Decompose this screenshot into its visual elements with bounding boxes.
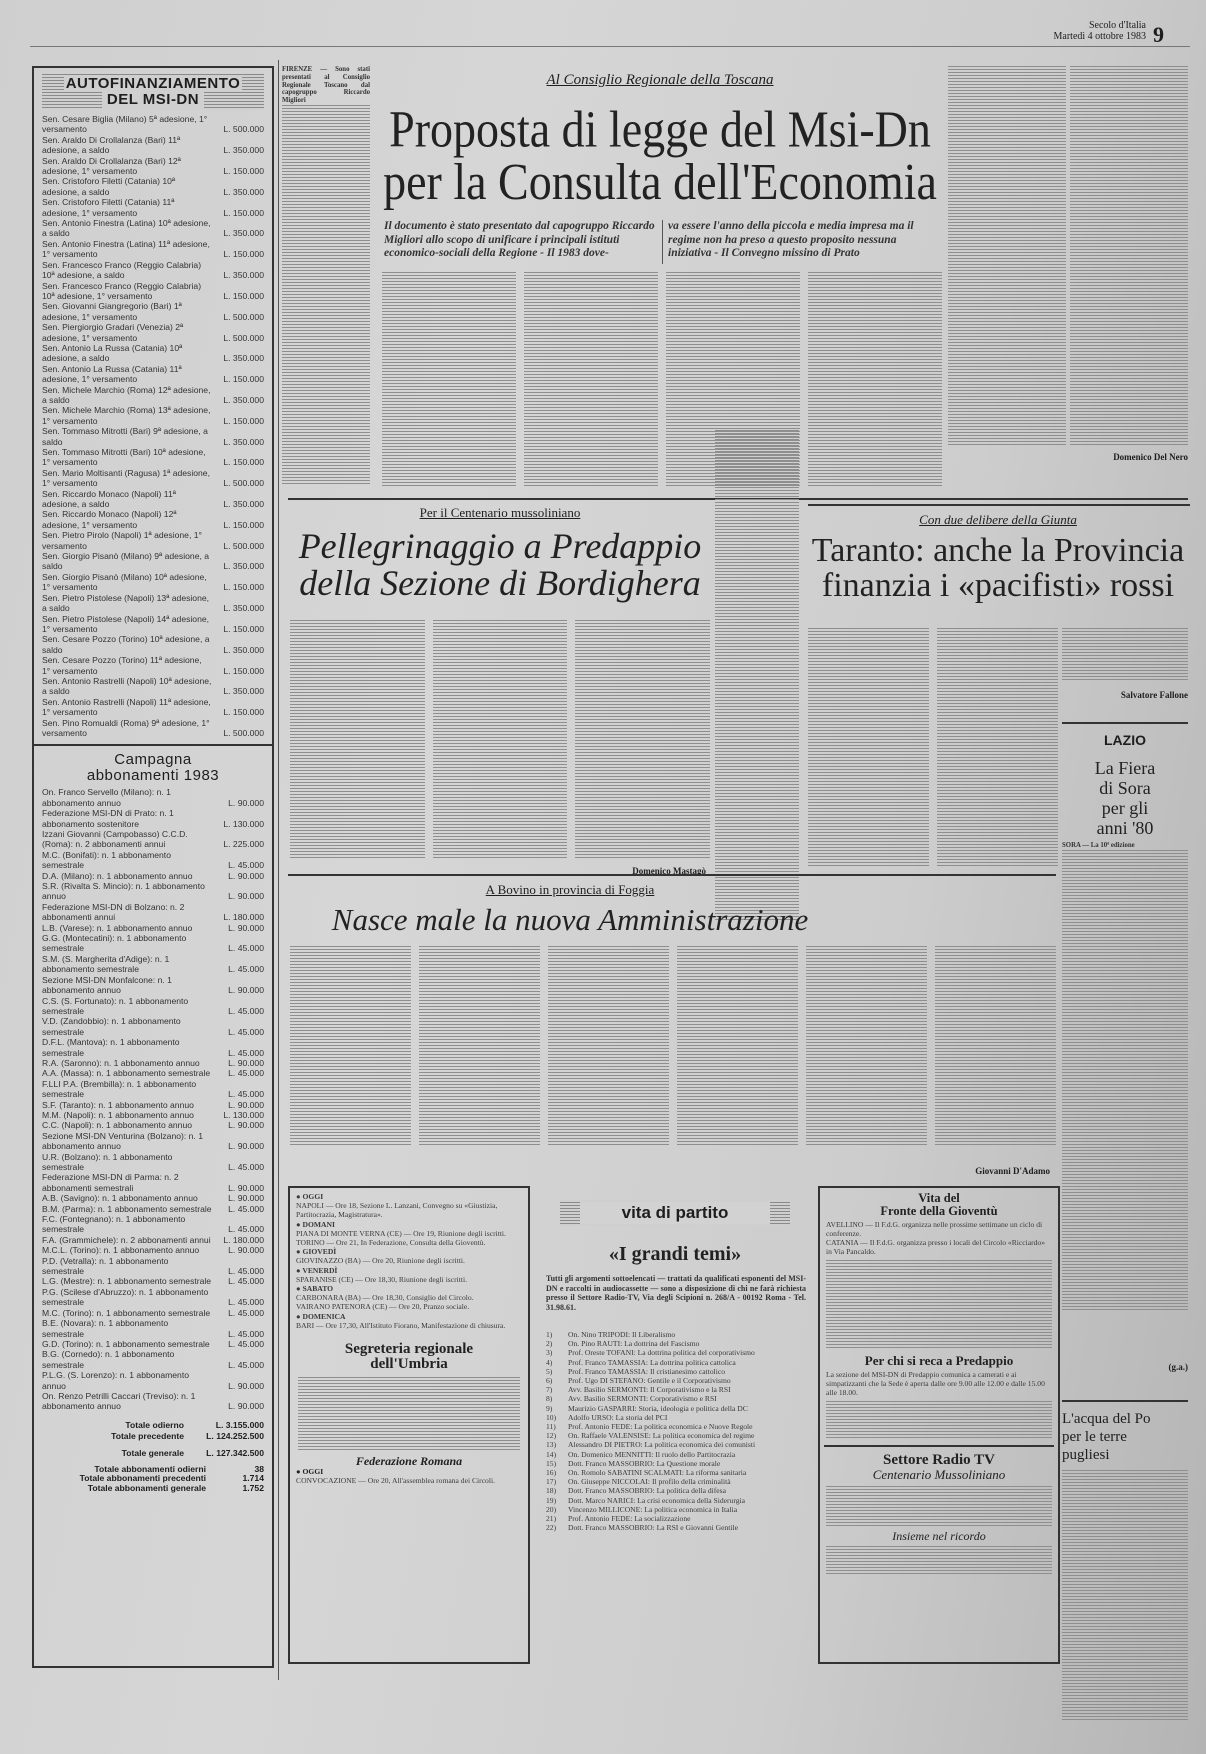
list-item: Sen. Antonio La Russa (Catania) 10ª ades… bbox=[42, 343, 264, 364]
topic-number: 17) bbox=[546, 1477, 568, 1486]
fronte-title-2: Fronte della Gioventù bbox=[820, 1205, 1058, 1218]
topic-item: 21)Prof. Antonio FEDE: La socializzazion… bbox=[546, 1514, 808, 1523]
entry-text: S.R. (Rivalta S. Mincio): n. 1 abbonamen… bbox=[42, 881, 212, 902]
entry-text: F.LLI P.A. (Brembilla): n. 1 abbonamento… bbox=[42, 1079, 212, 1100]
lazio-headline-line: di Sora bbox=[1062, 778, 1188, 798]
entry-text: Sen. Michele Marchio (Roma) 13ª adesione… bbox=[42, 405, 212, 426]
entry-text: Sen. Francesco Franco (Reggio Calabria) … bbox=[42, 260, 212, 281]
article-text-placeholder bbox=[808, 628, 929, 868]
list-item: P.D. (Vetralla): n. 1 abbonamento semest… bbox=[42, 1256, 264, 1277]
agenda-day: ● GIOVEDÌ bbox=[296, 1247, 522, 1256]
list-item: Sen. Antonio Rastrelli (Napoli) 11ª ades… bbox=[42, 697, 264, 718]
topic-item: 19)Dott. Marco NARICI: La crisi economic… bbox=[546, 1496, 808, 1505]
lazio-body: SORA — La 10ª edizione bbox=[1062, 842, 1188, 1322]
topic-text: On. Romolo SABATINI SCALMATI: La riforma… bbox=[568, 1468, 746, 1477]
agenda-day: ● VENERDÌ bbox=[296, 1266, 522, 1275]
topic-item: 10)Adolfo URSO: La storia del PCI bbox=[546, 1413, 808, 1422]
top-rule bbox=[30, 46, 1190, 47]
article-text-placeholder bbox=[808, 272, 942, 487]
entry-text: Sen. Riccardo Monaco (Napoli) 12ª adesio… bbox=[42, 509, 212, 530]
article-text-placeholder bbox=[715, 430, 799, 920]
campagna-title-2: abbonamenti 1983 bbox=[34, 768, 272, 784]
entry-text: M.C. (Bonifati): n. 1 abbonamento semest… bbox=[42, 850, 212, 871]
topic-number: 11) bbox=[546, 1422, 568, 1431]
entry-text: On. Franco Servello (Milano): n. 1 abbon… bbox=[42, 787, 212, 808]
topic-text: On. Nino TRIPODI: Il Liberalismo bbox=[568, 1330, 675, 1339]
entry-text: Sen. Pietro Pirolo (Napoli) 1ª adesione,… bbox=[42, 530, 212, 551]
topic-number: 18) bbox=[546, 1486, 568, 1495]
entry-amount: L. 500.000 bbox=[214, 333, 264, 343]
list-item: Sezione MSI-DN Monfalcone: n. 1 abboname… bbox=[42, 975, 264, 996]
agenda-day-label: VENERDÌ bbox=[302, 1266, 337, 1275]
list-item: Sen. Riccardo Monaco (Napoli) 11ª adesio… bbox=[42, 489, 264, 510]
topic-text: On. Domenico MENNITTI: Il ruolo dello Pa… bbox=[568, 1450, 735, 1459]
list-item: Sen. Giorgio Pisanò (Milano) 9ª adesione… bbox=[42, 551, 264, 572]
subscription-total-value: 1.752 bbox=[220, 1484, 264, 1494]
agenda-day-label: DOMENICA bbox=[303, 1312, 346, 1321]
entry-amount: L. 350.000 bbox=[214, 270, 264, 280]
agenda-entry: GIOVINAZZO (BA) — Ore 20, Riunione degli… bbox=[296, 1256, 522, 1265]
list-item: Sen. Antonio Rastrelli (Napoli) 10ª ades… bbox=[42, 676, 264, 697]
article-text-placeholder bbox=[524, 272, 658, 487]
entry-text: Sen. Riccardo Monaco (Napoli) 11ª adesio… bbox=[42, 489, 212, 510]
topic-item: 2)On. Pino RAUTI: La dottrina del Fascis… bbox=[546, 1339, 808, 1348]
topic-text: Prof. Antonio FEDE: La politica economic… bbox=[568, 1422, 753, 1431]
total-label: Totale generale bbox=[122, 1448, 184, 1459]
agenda-day-label: SABATO bbox=[303, 1284, 334, 1293]
topic-text: Dott. Franco MASSOBRIO: La RSI e Giovann… bbox=[568, 1523, 738, 1532]
page-number: 9 bbox=[1153, 22, 1164, 48]
list-item: F.C. (Fontegnano): n. 1 abbonamento seme… bbox=[42, 1214, 264, 1235]
list-item: A.B. (Savigno): n. 1 abbonamento annuoL.… bbox=[42, 1193, 264, 1203]
list-item: Sen. Araldo Di Crollalanza (Bari) 11ª ad… bbox=[42, 135, 264, 156]
topic-item: 20)Vincenzo MILLICONE: La politica econo… bbox=[546, 1505, 808, 1514]
romana-day: OGGI bbox=[303, 1467, 324, 1476]
list-item: Federazione MSI-DN di Parma: n. 2 abbona… bbox=[42, 1172, 264, 1193]
newspaper-page: Secolo d'Italia Martedì 4 ottobre 1983 9… bbox=[0, 0, 1206, 1754]
agenda-entry: VAIRANO PATENORA (CE) — Ore 20, Pranzo s… bbox=[296, 1302, 522, 1311]
entry-text: C.C. (Napoli): n. 1 abbonamento annuo bbox=[42, 1120, 212, 1130]
predappio-kicker: Per il Centenario mussoliniano bbox=[290, 505, 710, 521]
autofin-title-1: AUTOFINANZIAMENTO bbox=[64, 76, 242, 92]
topic-text: Avv. Basilio SERMONTI: Corporativismo e … bbox=[568, 1394, 717, 1403]
section-rule bbox=[824, 1445, 1054, 1447]
entry-amount: L. 350.000 bbox=[214, 437, 264, 447]
issue-date: Martedì 4 ottobre 1983 bbox=[1054, 31, 1146, 42]
list-item: Sen. Pino Romualdi (Roma) 9ª adesione, 1… bbox=[42, 718, 264, 739]
entry-text: B.E. (Novara): n. 1 abbonamento semestra… bbox=[42, 1318, 212, 1339]
entry-amount: L. 150.000 bbox=[214, 666, 264, 676]
toscana-body bbox=[382, 272, 942, 487]
topic-number: 7) bbox=[546, 1385, 568, 1394]
list-item: V.D. (Zandobbio): n. 1 abbonamento semes… bbox=[42, 1016, 264, 1037]
topic-text: Vincenzo MILLICONE: La politica economic… bbox=[568, 1505, 737, 1514]
topic-item: 1)On. Nino TRIPODI: Il Liberalismo bbox=[546, 1330, 808, 1339]
total-row: Totale generaleL. 127.342.500 bbox=[42, 1448, 264, 1459]
agenda-day-label: DOMANI bbox=[303, 1220, 335, 1229]
entry-amount: L. 45.000 bbox=[214, 1308, 264, 1318]
entry-text: Sen. Antonio La Russa (Catania) 11ª ades… bbox=[42, 364, 212, 385]
umbria-title-1: Segreteria regionale bbox=[290, 1342, 528, 1357]
entry-text: Sen. Pietro Pistolese (Napoli) 13ª adesi… bbox=[42, 593, 212, 614]
topic-number: 22) bbox=[546, 1523, 568, 1532]
toscana-headline-1: Proposta di legge del Msi-Dn bbox=[380, 104, 940, 157]
entry-amount: L. 90.000 bbox=[214, 1245, 264, 1255]
lazio-byline: (g.a.) bbox=[1062, 1362, 1188, 1372]
entry-amount: L. 350.000 bbox=[214, 145, 264, 155]
list-item: Federazione MSI-DN di Bolzano: n. 2 abbo… bbox=[42, 902, 264, 923]
list-item: Sen. Francesco Franco (Reggio Calabria) … bbox=[42, 260, 264, 281]
topic-number: 15) bbox=[546, 1459, 568, 1468]
topic-item: 17)On. Giuseppe NICCOLAI: Il profilo del… bbox=[546, 1477, 808, 1486]
entry-text: S.F. (Taranto): n. 1 abbonamento annuo bbox=[42, 1100, 212, 1110]
topic-text: Dott. Marco NARICI: La crisi economica d… bbox=[568, 1496, 745, 1505]
list-item: P.L.G. (S. Lorenzo): n. 1 abbonamento an… bbox=[42, 1370, 264, 1391]
list-item: Sen. Piergiorgio Gradari (Venezia) 2ª ad… bbox=[42, 322, 264, 343]
entry-text: G.D. (Torino): n. 1 abbonamento semestra… bbox=[42, 1339, 212, 1349]
list-item: C.C. (Napoli): n. 1 abbonamento annuoL. … bbox=[42, 1120, 264, 1130]
list-item: On. Renzo Petrilli Caccari (Treviso): n.… bbox=[42, 1391, 264, 1412]
section-rule bbox=[1062, 722, 1188, 724]
fronte-entry: AVELLINO — Il F.d.G. organizza nelle pro… bbox=[826, 1220, 1052, 1238]
entry-text: Sen. Cristoforo Filetti (Catania) 10ª ad… bbox=[42, 176, 212, 197]
total-value: L. 124.252.500 bbox=[194, 1431, 264, 1442]
total-row: Totale odiernoL. 3.155.000 bbox=[42, 1420, 264, 1431]
list-item: Sen. Pietro Pistolese (Napoli) 14ª adesi… bbox=[42, 614, 264, 635]
entry-amount: L. 90.000 bbox=[214, 923, 264, 933]
agenda-day: ● SABATO bbox=[296, 1284, 522, 1293]
article-text-placeholder bbox=[433, 620, 568, 860]
agenda-entry: PIANA DI MONTE VERNA (CE) — Ore 19, Riun… bbox=[296, 1229, 522, 1238]
entry-text: A.B. (Savigno): n. 1 abbonamento annuo bbox=[42, 1193, 212, 1203]
list-item: Sen. Pietro Pistolese (Napoli) 13ª adesi… bbox=[42, 593, 264, 614]
entry-text: Sen. Antonio Finestra (Latina) 10ª adesi… bbox=[42, 218, 212, 239]
list-item: M.C. (Bonifati): n. 1 abbonamento semest… bbox=[42, 850, 264, 871]
subscription-totals: Totale abbonamenti odierni38Totale abbon… bbox=[34, 1459, 272, 1494]
list-item: B.G. (Cornedo): n. 1 abbonamento semestr… bbox=[42, 1349, 264, 1370]
umbria-title-2: dell'Umbria bbox=[290, 1357, 528, 1372]
entry-text: Federazione MSI-DN di Bolzano: n. 2 abbo… bbox=[42, 902, 212, 923]
list-item: Izzani Giovanni (Campobasso) C.C.D. (Rom… bbox=[42, 829, 264, 850]
entry-text: L.G. (Mestre): n. 1 abbonamento semestra… bbox=[42, 1276, 212, 1286]
entry-text: Sen. Cesare Pozzo (Torino) 10ª adesione,… bbox=[42, 634, 212, 655]
entry-text: C.S. (S. Fortunato): n. 1 abbonamento se… bbox=[42, 996, 212, 1017]
entry-amount: L. 150.000 bbox=[214, 208, 264, 218]
topic-item: 8)Avv. Basilio SERMONTI: Corporativismo … bbox=[546, 1394, 808, 1403]
topic-text: Prof. Franco TAMASSIA: Il cristianesimo … bbox=[568, 1367, 725, 1376]
subscription-total-row: Totale abbonamenti generale1.752 bbox=[42, 1484, 264, 1494]
radio-tv-subtitle: Centenario Mussoliniano bbox=[820, 1468, 1058, 1481]
topic-number: 1) bbox=[546, 1330, 568, 1339]
entry-amount: L. 90.000 bbox=[214, 985, 264, 995]
entry-amount: L. 45.000 bbox=[214, 1089, 264, 1099]
entry-amount: L. 90.000 bbox=[214, 1401, 264, 1411]
topic-number: 20) bbox=[546, 1505, 568, 1514]
list-item: Sezione MSI-DN Venturina (Bolzano): n. 1… bbox=[42, 1131, 264, 1152]
lazio-tag: LAZIO bbox=[1062, 732, 1188, 748]
entry-amount: L. 350.000 bbox=[214, 561, 264, 571]
vita-banner-label: vita di partito bbox=[580, 1202, 770, 1224]
bovino-body bbox=[290, 946, 1056, 1146]
grandi-temi-intro: Tutti gli argomenti sottoelencati — trat… bbox=[546, 1274, 806, 1312]
entry-text: Sen. Antonio Rastrelli (Napoli) 10ª ades… bbox=[42, 676, 212, 697]
topic-text: Prof. Franco TAMASSIA: La dottrina polit… bbox=[568, 1358, 736, 1367]
article-text-placeholder bbox=[1070, 66, 1188, 446]
romana-agenda: ● OGGI CONVOCAZIONE — Ore 20, All'assemb… bbox=[290, 1467, 528, 1485]
autofin-list: Sen. Cesare Biglia (Milano) 5ª adesione,… bbox=[34, 110, 272, 738]
topic-item: 5)Prof. Franco TAMASSIA: Il cristianesim… bbox=[546, 1367, 808, 1376]
topic-number: 12) bbox=[546, 1431, 568, 1440]
entry-text: Sen. Cesare Biglia (Milano) 5ª adesione,… bbox=[42, 114, 212, 135]
entry-amount: L. 180.000 bbox=[214, 1235, 264, 1245]
entry-text: Sen. Michele Marchio (Roma) 12ª adesione… bbox=[42, 385, 212, 406]
topic-item: 9)Maurizio GASPARRI: Storia, ideologia e… bbox=[546, 1404, 808, 1413]
entry-text: Sen. Araldo Di Crollalanza (Bari) 12ª ad… bbox=[42, 156, 212, 177]
bovino-headline: Nasce male la nuova Amministrazione bbox=[290, 904, 850, 936]
campagna-totals: Totale odiernoL. 3.155.000Totale precede… bbox=[34, 1412, 272, 1459]
article-text-placeholder bbox=[575, 620, 710, 860]
list-item: C.S. (S. Fortunato): n. 1 abbonamento se… bbox=[42, 996, 264, 1017]
fronte-list: AVELLINO — Il F.d.G. organizza nelle pro… bbox=[820, 1218, 1058, 1259]
agenda-entry: NAPOLI — Ore 18, Sezione L. Lanzani, Con… bbox=[296, 1201, 522, 1219]
entry-text: Sen. Antonio La Russa (Catania) 10ª ades… bbox=[42, 343, 212, 364]
list-item: M.C. (Torino): n. 1 abbonamento semestra… bbox=[42, 1308, 264, 1318]
entry-text: F.C. (Fontegnano): n. 1 abbonamento seme… bbox=[42, 1214, 212, 1235]
column-rule bbox=[278, 60, 279, 1680]
list-item: S.M. (S. Margherita d'Adige): n. 1 abbon… bbox=[42, 954, 264, 975]
topic-number: 16) bbox=[546, 1468, 568, 1477]
list-item: Sen. Michele Marchio (Roma) 12ª adesione… bbox=[42, 385, 264, 406]
deck-rule bbox=[662, 220, 663, 264]
umbria-title: Segreteria regionale dell'Umbria bbox=[290, 1342, 528, 1373]
agenda-entry: BARI — Ore 17,30, All'Istituto Fiorano, … bbox=[296, 1321, 522, 1330]
article-text-placeholder bbox=[382, 272, 516, 487]
lazio-headline-line: La Fiera bbox=[1062, 758, 1188, 778]
entry-amount: L. 130.000 bbox=[214, 1110, 264, 1120]
article-text-placeholder bbox=[806, 946, 927, 1146]
entry-amount: L. 45.000 bbox=[214, 1360, 264, 1370]
topic-number: 13) bbox=[546, 1440, 568, 1449]
entry-text: Sen. Araldo Di Crollalanza (Bari) 11ª ad… bbox=[42, 135, 212, 156]
entry-amount: L. 150.000 bbox=[214, 520, 264, 530]
po-body bbox=[1062, 1470, 1188, 1730]
list-item: B.M. (Parma): n. 1 abbonamento semestral… bbox=[42, 1204, 264, 1214]
box-divider bbox=[34, 744, 272, 746]
romana-title: Federazione Romana bbox=[290, 1455, 528, 1467]
topic-text: Dott. Franco MASSOBRIO: La Questione mor… bbox=[568, 1459, 720, 1468]
list-item: D.A. (Milano): n. 1 abbonamento annuoL. … bbox=[42, 871, 264, 881]
topic-item: 11)Prof. Antonio FEDE: La politica econo… bbox=[546, 1422, 808, 1431]
list-item: M.M. (Napoli): n. 1 abbonamento annuoL. … bbox=[42, 1110, 264, 1120]
topic-text: Adolfo URSO: La storia del PCI bbox=[568, 1413, 667, 1422]
topic-number: 10) bbox=[546, 1413, 568, 1422]
entry-text: Sen. Giovanni Giangregorio (Bari) 1ª ade… bbox=[42, 301, 212, 322]
list-item: U.R. (Bolzano): n. 1 abbonamento semestr… bbox=[42, 1152, 264, 1173]
topic-text: Avv. Basilio SERMONTI: Il Corporativismo… bbox=[568, 1385, 731, 1394]
list-item: Sen. Mario Moltisanti (Ragusa) 1ª adesio… bbox=[42, 468, 264, 489]
entry-amount: L. 45.000 bbox=[214, 1048, 264, 1058]
entry-amount: L. 350.000 bbox=[214, 645, 264, 655]
topic-number: 14) bbox=[546, 1450, 568, 1459]
entry-amount: L. 150.000 bbox=[214, 249, 264, 259]
article-text-placeholder bbox=[548, 946, 669, 1146]
entry-amount: L. 150.000 bbox=[214, 416, 264, 426]
lazio-headline-line: per gli bbox=[1062, 798, 1188, 818]
entry-amount: L. 90.000 bbox=[214, 1141, 264, 1151]
article-text-placeholder bbox=[1062, 628, 1188, 682]
paper-name: Secolo d'Italia bbox=[1054, 20, 1146, 31]
list-item: Sen. Francesco Franco (Reggio Calabria) … bbox=[42, 281, 264, 302]
radio-tv-title: Settore Radio TV bbox=[820, 1453, 1058, 1468]
topic-item: 3)Prof. Oreste TOFANI: La dottrina polit… bbox=[546, 1348, 808, 1357]
list-item: G.G. (Montecatini): n. 1 abbonamento sem… bbox=[42, 933, 264, 954]
toscana-headline-2: per la Consulta dell'Economia bbox=[380, 157, 940, 210]
agenda-entry: TORINO — Ore 21, In Federazione, Consult… bbox=[296, 1238, 522, 1247]
entry-amount: L. 150.000 bbox=[214, 166, 264, 176]
agenda-day: ● OGGI bbox=[296, 1192, 522, 1201]
list-item: Federazione MSI-DN di Prato: n. 1 abbona… bbox=[42, 808, 264, 829]
entry-text: U.R. (Bolzano): n. 1 abbonamento semestr… bbox=[42, 1152, 212, 1173]
article-text-placeholder bbox=[290, 620, 425, 860]
entry-amount: L. 90.000 bbox=[214, 1058, 264, 1068]
bovino-byline: Giovanni D'Adamo bbox=[900, 1166, 1050, 1176]
fronte-box: Vita del Fronte della Gioventù AVELLINO … bbox=[818, 1186, 1060, 1664]
taranto-headline: Taranto: anche la Provincia finanzia i «… bbox=[808, 534, 1188, 603]
entry-amount: L. 90.000 bbox=[214, 871, 264, 881]
insieme-title: Insieme nel ricordo bbox=[820, 1530, 1058, 1542]
entry-amount: L. 90.000 bbox=[214, 1381, 264, 1391]
topic-item: 4)Prof. Franco TAMASSIA: La dottrina pol… bbox=[546, 1358, 808, 1367]
topic-number: 21) bbox=[546, 1514, 568, 1523]
list-item: L.B. (Varese): n. 1 abbonamento annuoL. … bbox=[42, 923, 264, 933]
agenda-day: ● DOMENICA bbox=[296, 1312, 522, 1321]
list-item: M.C.L. (Torino): n. 1 abbonamento annuoL… bbox=[42, 1245, 264, 1255]
entry-amount: L. 130.000 bbox=[214, 819, 264, 829]
entry-amount: L. 45.000 bbox=[214, 1068, 264, 1078]
autofin-title-block: AUTOFINANZIAMENTO DEL MSI-DN bbox=[42, 74, 264, 110]
entry-text: Sen. Giorgio Pisanò (Milano) 10ª adesion… bbox=[42, 572, 212, 593]
campagna-title-1: Campagna bbox=[34, 752, 272, 768]
topic-text: On. Giuseppe NICCOLAI: Il profilo della … bbox=[568, 1477, 731, 1486]
entry-text: M.C.L. (Torino): n. 1 abbonamento annuo bbox=[42, 1245, 212, 1255]
entry-amount: L. 500.000 bbox=[214, 124, 264, 134]
taranto-headline-1: Taranto: anche la Provincia bbox=[808, 534, 1188, 569]
po-headline-line: per le terre bbox=[1062, 1428, 1188, 1446]
article-text-placeholder bbox=[935, 946, 1056, 1146]
entry-amount: L. 500.000 bbox=[214, 312, 264, 322]
entry-text: Federazione MSI-DN di Parma: n. 2 abbona… bbox=[42, 1172, 212, 1193]
toscana-headline: Proposta di legge del Msi-Dn per la Cons… bbox=[380, 104, 940, 209]
list-item: L.G. (Mestre): n. 1 abbonamento semestra… bbox=[42, 1276, 264, 1286]
article-text-placeholder bbox=[826, 1546, 1052, 1574]
entry-text: Izzani Giovanni (Campobasso) C.C.D. (Rom… bbox=[42, 829, 212, 850]
taranto-headline-2: finanzia i «pacifisti» rossi bbox=[808, 569, 1188, 604]
predappio-info-title: Per chi si reca a Predappio bbox=[820, 1354, 1058, 1367]
topic-number: 8) bbox=[546, 1394, 568, 1403]
entry-amount: L. 90.000 bbox=[214, 1100, 264, 1110]
article-text-placeholder bbox=[677, 946, 798, 1146]
topic-text: On. Pino RAUTI: La dottrina del Fascismo bbox=[568, 1339, 699, 1348]
entry-amount: L. 45.000 bbox=[214, 1224, 264, 1234]
list-item: Sen. Cristoforo Filetti (Catania) 11ª ad… bbox=[42, 197, 264, 218]
article-text-placeholder bbox=[1062, 1470, 1188, 1720]
autofin-title-2: DEL MSI-DN bbox=[102, 92, 204, 108]
topic-number: 19) bbox=[546, 1496, 568, 1505]
list-item: Sen. Michele Marchio (Roma) 13ª adesione… bbox=[42, 405, 264, 426]
predappio-headline: Pellegrinaggio a Predappio della Sezione… bbox=[290, 528, 710, 601]
article-text-placeholder bbox=[298, 1377, 520, 1451]
lazio-headline-line: anni '80 bbox=[1062, 818, 1188, 838]
topic-item: 18)Dott. Franco MASSOBRIO: La politica d… bbox=[546, 1486, 808, 1495]
list-item: Sen. Antonio La Russa (Catania) 11ª ades… bbox=[42, 364, 264, 385]
topic-item: 16)On. Romolo SABATINI SCALMATI: La rifo… bbox=[546, 1468, 808, 1477]
entry-amount: L. 45.000 bbox=[214, 1162, 264, 1172]
toscana-intro-column: FIRENZE — Sono stati presentati al Consi… bbox=[282, 66, 370, 486]
list-item: A.A. (Massa): n. 1 abbonamento semestral… bbox=[42, 1068, 264, 1078]
fronte-title: Vita del Fronte della Gioventù bbox=[820, 1192, 1058, 1218]
campagna-list: On. Franco Servello (Milano): n. 1 abbon… bbox=[34, 784, 272, 1411]
predappio-headline-1: Pellegrinaggio a Predappio bbox=[290, 528, 710, 565]
entry-amount: L. 180.000 bbox=[214, 912, 264, 922]
entry-text: B.G. (Cornedo): n. 1 abbonamento semestr… bbox=[42, 1349, 212, 1370]
entry-text: P.L.G. (S. Lorenzo): n. 1 abbonamento an… bbox=[42, 1370, 212, 1391]
entry-amount: L. 500.000 bbox=[214, 728, 264, 738]
entry-amount: L. 350.000 bbox=[214, 499, 264, 509]
entry-text: V.D. (Zandobbio): n. 1 abbonamento semes… bbox=[42, 1016, 212, 1037]
entry-text: Federazione MSI-DN di Prato: n. 1 abbona… bbox=[42, 808, 212, 829]
po-headline: L'acqua del Poper le terrepugliesi bbox=[1062, 1410, 1188, 1464]
entry-amount: L. 350.000 bbox=[214, 395, 264, 405]
entry-amount: L. 150.000 bbox=[214, 624, 264, 634]
toscana-far-right-column bbox=[1070, 66, 1188, 461]
po-headline-line: pugliesi bbox=[1062, 1446, 1188, 1464]
entry-text: M.M. (Napoli): n. 1 abbonamento annuo bbox=[42, 1110, 212, 1120]
section-rule bbox=[808, 504, 1190, 506]
list-item: Sen. Antonio Finestra (Latina) 10ª adesi… bbox=[42, 218, 264, 239]
entry-text: Sen. Giorgio Pisanò (Milano) 9ª adesione… bbox=[42, 551, 212, 572]
agenda-day-label: OGGI bbox=[303, 1192, 324, 1201]
topic-text: Prof. Antonio FEDE: La socializzazione bbox=[568, 1514, 691, 1523]
article-text-placeholder bbox=[937, 628, 1058, 868]
article-text-placeholder bbox=[290, 946, 411, 1146]
topic-number: 6) bbox=[546, 1376, 568, 1385]
predappio-body bbox=[290, 620, 710, 860]
topic-number: 9) bbox=[546, 1404, 568, 1413]
entry-text: Sen. Pino Romualdi (Roma) 9ª adesione, 1… bbox=[42, 718, 212, 739]
entry-text: P.D. (Vetralla): n. 1 abbonamento semest… bbox=[42, 1256, 212, 1277]
topic-text: Prof. Ugo DI STEFANO: Gentile e il Corpo… bbox=[568, 1376, 731, 1385]
topic-item: 14)On. Domenico MENNITTI: Il ruolo dello… bbox=[546, 1450, 808, 1459]
list-item: S.F. (Taranto): n. 1 abbonamento annuoL.… bbox=[42, 1100, 264, 1110]
topic-number: 3) bbox=[546, 1348, 568, 1357]
topic-number: 4) bbox=[546, 1358, 568, 1367]
entry-text: G.G. (Montecatini): n. 1 abbonamento sem… bbox=[42, 933, 212, 954]
list-item: D.F.L. (Mantova): n. 1 abbonamento semes… bbox=[42, 1037, 264, 1058]
toscana-dateline: FIRENZE — Sono stati presentati al Consi… bbox=[282, 66, 370, 105]
topic-text: Dott. Franco MASSOBRIO: La politica dell… bbox=[568, 1486, 726, 1495]
entry-text: Sen. Cesare Pozzo (Torino) 11ª adesione,… bbox=[42, 655, 212, 676]
list-item: Sen. Cesare Pozzo (Torino) 10ª adesione,… bbox=[42, 634, 264, 655]
entry-amount: L. 150.000 bbox=[214, 582, 264, 592]
list-item: Sen. Cristoforo Filetti (Catania) 10ª ad… bbox=[42, 176, 264, 197]
topic-item: 15)Dott. Franco MASSOBRIO: La Questione … bbox=[546, 1459, 808, 1468]
subscription-total-label: Totale abbonamenti generale bbox=[88, 1484, 206, 1494]
entry-amount: L. 225.000 bbox=[214, 839, 264, 849]
topic-text: On. Raffaele VALENSISE: La politica econ… bbox=[568, 1431, 754, 1440]
article-text-placeholder bbox=[282, 105, 370, 486]
entry-amount: L. 150.000 bbox=[214, 457, 264, 467]
romana-entry: CONVOCAZIONE — Ore 20, All'assemblea rom… bbox=[296, 1476, 522, 1485]
